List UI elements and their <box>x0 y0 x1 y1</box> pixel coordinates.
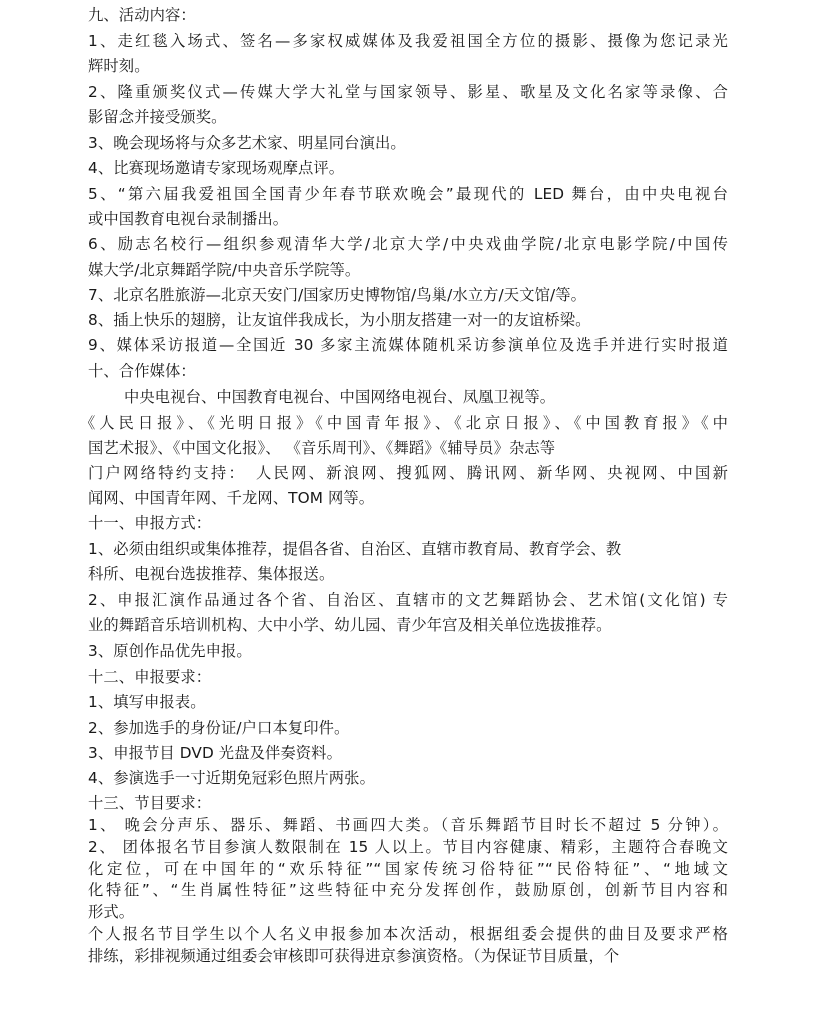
activity-item-1-line-2: 辉时刻。 <box>88 55 728 77</box>
section-heading-activities: 九、活动内容： <box>88 4 728 26</box>
media-newspapers-line-1: 《人民日报》、《光明日报》《中国青年报》、《北京日报》、《中国教育报》《中 <box>80 412 728 434</box>
activity-item-1-line-1: 1、走红毯入场式、签名—多家权威媒体及我爱祖国全方位的摄影、摄像为您记录光 <box>88 30 728 52</box>
media-newspapers-line-2: 国艺术报》、《中国文化报》、 《音乐周刊》、《舞蹈》《辅导员》杂志等 <box>88 437 728 459</box>
method-item-2-line-2: 业的舞蹈音乐培训机构、大中小学、幼儿园、青少年宫及相关单位选拔推荐。 <box>88 614 728 636</box>
program-item-2-line-1: 2、 团体报名节目参演人数限制在 15 人以上。节目内容健康、精彩，主题符合春晚… <box>88 836 728 858</box>
section-heading-application-method: 十一、申报方式： <box>88 512 728 534</box>
requirement-item-4: 4、参演选手一寸近期免冠彩色照片两张。 <box>88 767 728 789</box>
program-individual-line-2: 排练，彩排视频通过组委会审核即可获得进京参演资格。（为保证节目质量，个 <box>88 945 728 967</box>
activity-item-2-line-1: 2、隆重颁奖仪式—传媒大学大礼堂与国家领导、影星、歌星及文化名家等录像、合 <box>88 81 728 103</box>
section-heading-application-requirements: 十二、申报要求： <box>88 666 728 688</box>
requirement-item-2: 2、参加选手的身份证/户口本复印件。 <box>88 717 728 739</box>
requirement-item-3: 3、申报节目 DVD 光盘及伴奏资料。 <box>88 742 728 764</box>
method-item-1-line-1: 1、必须由组织或集体推荐，提倡各省、自治区、直辖市教育局、教育学会、教 <box>88 538 728 560</box>
activity-item-5-line-1: 5、“第六届我爱祖国全国青少年春节联欢晚会”最现代的 LED 舞台，由中央电视台 <box>88 183 728 205</box>
method-item-2-line-1: 2、申报汇演作品通过各个省、自治区、直辖市的文艺舞蹈协会、艺术馆(文化馆) 专 <box>88 589 728 611</box>
program-item-2-line-2: 化定位，可在中国年的“欢乐特征”“国家传统习俗特征”“民俗特征”、“地域文 <box>88 858 728 880</box>
activity-item-6-line-2: 媒大学/北京舞蹈学院/中央音乐学院等。 <box>88 259 728 281</box>
method-item-1-line-2: 科所、电视台选拔推荐、集体报送。 <box>88 563 728 585</box>
activity-item-7: 7、北京名胜旅游—北京天安门/国家历史博物馆/鸟巢/水立方/天文馆/等。 <box>88 284 728 306</box>
activity-item-2-line-2: 影留念并接受颁奖。 <box>88 106 728 128</box>
program-individual-line-1: 个人报名节目学生以个人名义申报参加本次活动，根据组委会提供的曲目及要求严格 <box>88 923 728 945</box>
document-page: 九、活动内容： 1、走红毯入场式、签名—多家权威媒体及我爱祖国全方位的摄影、摄像… <box>0 0 829 1015</box>
program-item-2-line-4: 形式。 <box>88 901 728 923</box>
section-heading-media-partners: 十、合作媒体： <box>88 360 728 382</box>
activity-item-4: 4、比赛现场邀请专家现场观摩点评。 <box>88 157 728 179</box>
program-item-1: 1、 晚会分声乐、器乐、舞蹈、书画四大类。（音乐舞蹈节目时长不超过 5 分钟）。 <box>88 814 728 836</box>
media-portals-line-2: 闻网、中国青年网、千龙网、TOM 网等。 <box>88 487 728 509</box>
activity-item-9: 9、媒体采访报道—全国近 30 多家主流媒体随机采访参演单位及选手并进行实时报道 <box>88 334 728 356</box>
activity-item-3: 3、晚会现场将与众多艺术家、明星同台演出。 <box>88 132 728 154</box>
activity-item-6-line-1: 6、励志名校行—组织参观清华大学/北京大学/中央戏曲学院/北京电影学院/中国传 <box>88 233 728 255</box>
method-item-3: 3、原创作品优先申报。 <box>88 640 728 662</box>
activity-item-8: 8、插上快乐的翅膀，让友谊伴我成长，为小朋友搭建一对一的友谊桥梁。 <box>88 309 728 331</box>
activity-item-5-line-2: 或中国教育电视台录制播出。 <box>88 208 728 230</box>
media-tv-stations: 中央电视台、中国教育电视台、中国网络电视台、凤凰卫视等。 <box>88 386 764 408</box>
program-item-2-line-3: 化特征”、“生肖属性特征”这些特征中充分发挥创作，鼓励原创，创新节目内容和 <box>88 879 728 901</box>
requirement-item-1: 1、填写申报表。 <box>88 691 728 713</box>
media-portals-line-1: 门户网络特约支持： 人民网、新浪网、搜狐网、腾讯网、新华网、央视网、中国新 <box>88 462 728 484</box>
section-heading-program-requirements: 十三、节目要求： <box>88 792 728 814</box>
